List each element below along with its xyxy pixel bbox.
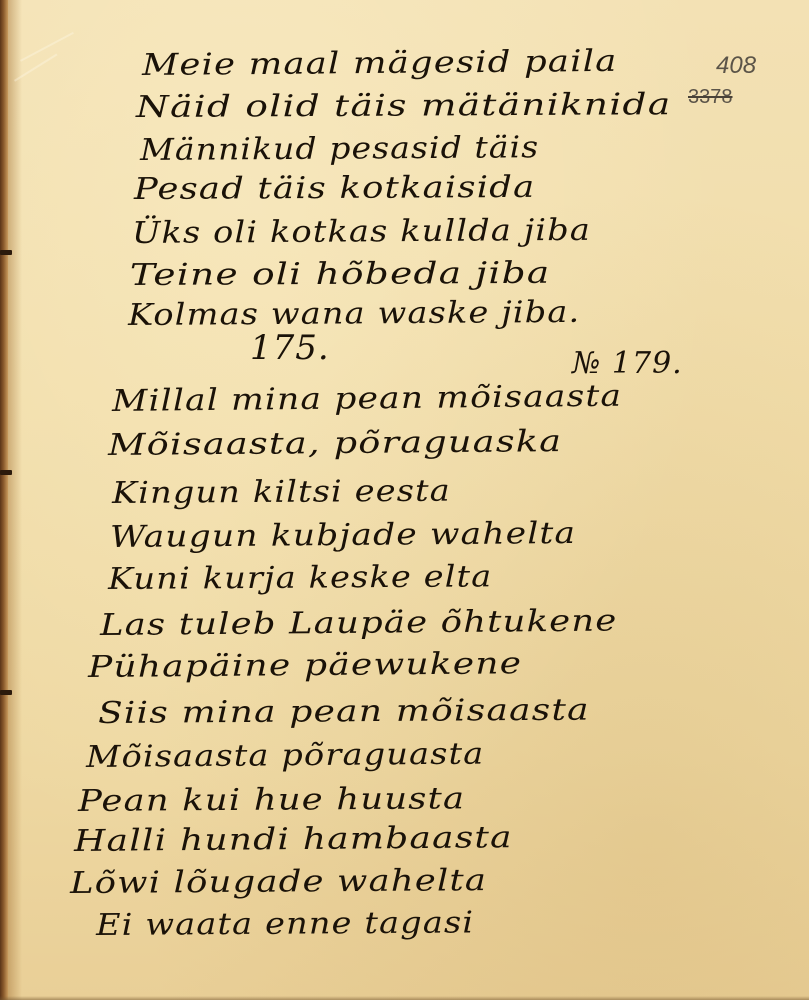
song-line: Kingun kiltsi eesta <box>112 474 451 511</box>
song-line: Halli hundi hambaasta <box>74 820 513 859</box>
song-line: Pean kui hue huusta <box>78 781 466 819</box>
song-line: Waugun kubjade wahelta <box>110 516 576 555</box>
song-line: Mõisaasta, põraguaska <box>108 424 563 463</box>
section-number: 175. <box>250 328 330 368</box>
song-line: Lõwi lõugade wahelta <box>70 863 487 901</box>
poem-line: Kolmas wana waske jiba. <box>128 295 580 333</box>
song-line: Mõisaasta põraguasta <box>86 737 485 775</box>
poem-line: Teine oli hõbeda jiba <box>130 256 551 293</box>
song-line: Kuni kurja keske elta <box>108 559 493 597</box>
song-line: Pühapäine päewukene <box>88 646 523 685</box>
song-line: Siis mina pean mõisaasta <box>98 693 590 731</box>
poem-line: Meie maal mägesid paila <box>142 44 618 83</box>
archive-crossed-out-number: 3378 <box>688 86 733 109</box>
binding-stitch <box>0 250 12 255</box>
poem-line: Männikud pesasid täis <box>140 130 540 168</box>
paper-crease <box>20 32 74 62</box>
page-binding <box>0 0 8 1000</box>
song-number: № 179. <box>572 346 683 381</box>
manuscript-page: 408 3378 Meie maal mägesid paila Näid ol… <box>0 0 809 1000</box>
song-line: Las tuleb Laupäe õhtukene <box>100 603 618 643</box>
poem-line: Pesad täis kotkaisida <box>134 170 536 207</box>
poem-line: Näid olid täis mätäniknida <box>136 87 672 125</box>
archive-page-number: 408 <box>716 52 756 80</box>
poem-line: Üks oli kotkas kullda jiba <box>132 213 591 251</box>
binding-stitch <box>0 690 12 695</box>
song-line: Millal mina pean mõisaasta <box>112 379 623 419</box>
page-bottom-edge <box>0 996 809 1000</box>
binding-shadow <box>8 0 22 1000</box>
binding-stitch <box>0 470 12 475</box>
song-line: Ei waata enne tagasi <box>96 905 474 943</box>
